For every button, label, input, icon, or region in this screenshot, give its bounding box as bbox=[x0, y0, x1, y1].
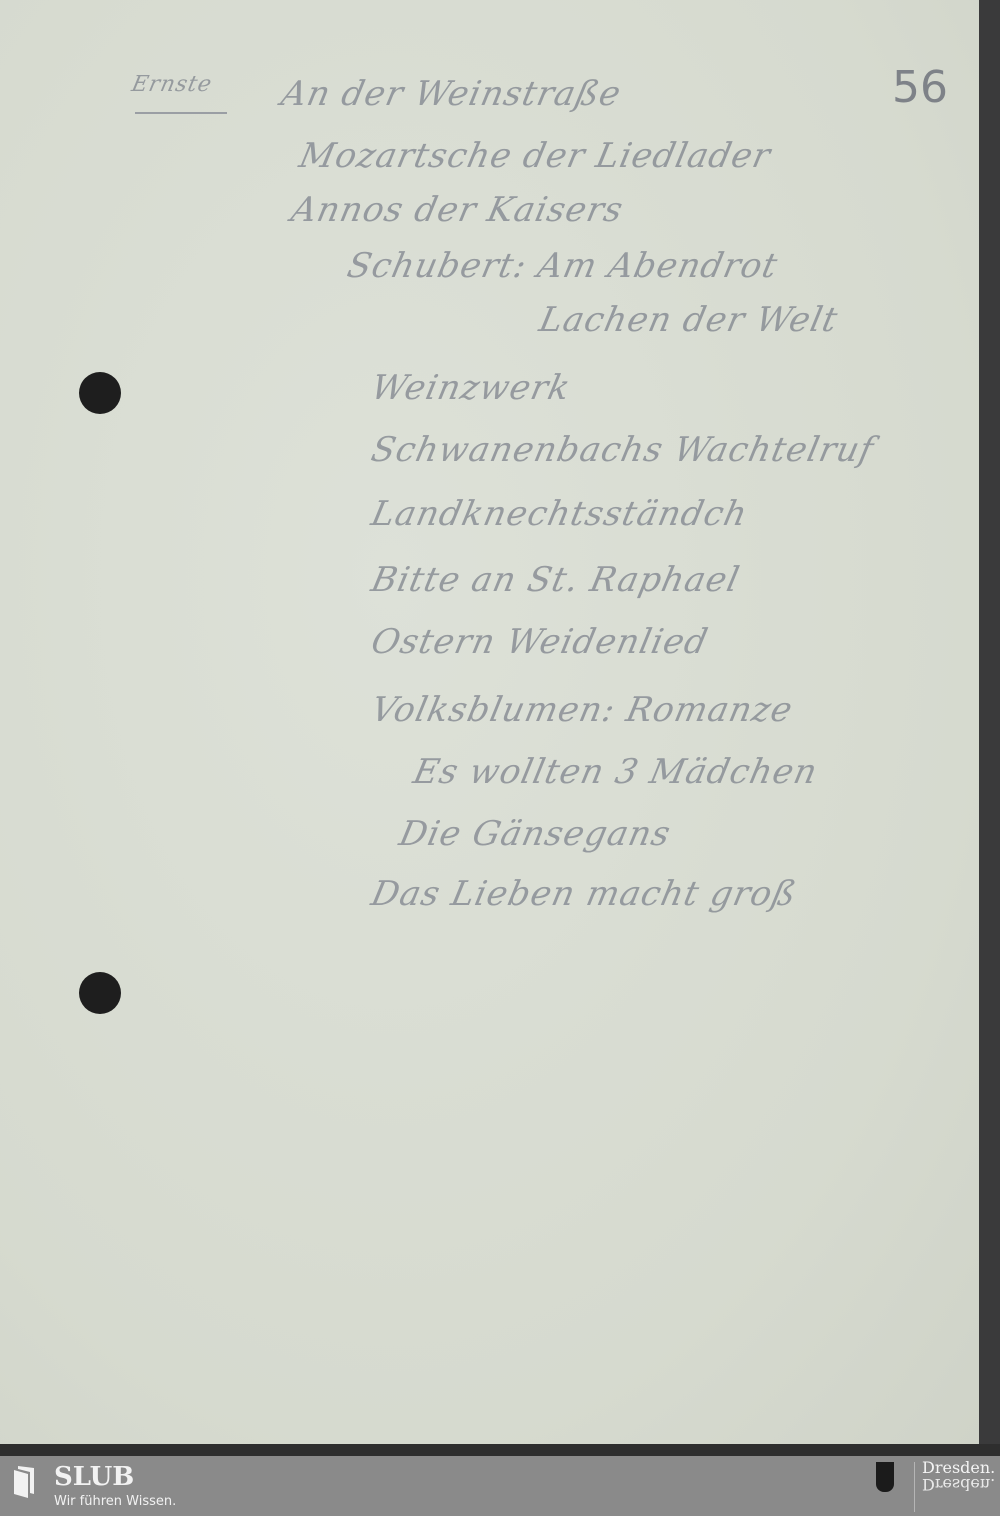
page-number: 56 bbox=[892, 62, 948, 113]
handwritten-line: Die Gänsegans bbox=[396, 814, 675, 854]
handwritten-line: Landknechtsständch bbox=[368, 494, 752, 534]
slub-logo-title[interactable]: SLUB bbox=[54, 1462, 134, 1492]
handwritten-line: Das Lieben macht groß bbox=[368, 874, 801, 914]
handwritten-line: Es wollten 3 Mädchen bbox=[410, 752, 822, 792]
manuscript-page: 56 Ernste An der Weinstraße Mozartsche d… bbox=[0, 0, 979, 1444]
page-bottom-edge bbox=[0, 1444, 1000, 1456]
handwritten-line: Volksblumen: Romanze bbox=[368, 690, 797, 730]
handwritten-line: Lachen der Welt bbox=[536, 300, 842, 340]
slub-book-icon bbox=[12, 1466, 36, 1498]
handwritten-line: Bitte an St. Raphael bbox=[368, 560, 744, 600]
dresden-coat-of-arms-icon bbox=[876, 1462, 894, 1492]
margin-note: Ernste bbox=[129, 72, 214, 97]
punch-hole bbox=[79, 972, 121, 1014]
handwritten-line: Annos der Kaisers bbox=[288, 190, 627, 230]
slub-footer-bar: SLUB Wir führen Wissen. Dresden. Dresden… bbox=[0, 1456, 1000, 1516]
slub-tagline: Wir führen Wissen. bbox=[54, 1494, 176, 1509]
handwritten-line: An der Weinstraße bbox=[278, 74, 625, 114]
handwritten-line: Schubert: Am Abendrot bbox=[344, 246, 782, 286]
page-edge-shadow bbox=[979, 0, 1000, 1450]
footer-divider bbox=[914, 1462, 915, 1512]
handwritten-line: Schwanenbachs Wachtelruf bbox=[368, 430, 878, 470]
dresden-label-mirrored: Dresden. bbox=[922, 1476, 995, 1492]
handwritten-line: Ostern Weidenlied bbox=[368, 622, 712, 662]
punch-hole bbox=[79, 372, 121, 414]
handwritten-line: Weinzwerk bbox=[368, 368, 575, 408]
margin-note-underline bbox=[135, 112, 227, 114]
dresden-logo[interactable]: Dresden. Dresden. bbox=[922, 1460, 995, 1492]
handwritten-line: Mozartsche der Liedlader bbox=[296, 136, 775, 176]
